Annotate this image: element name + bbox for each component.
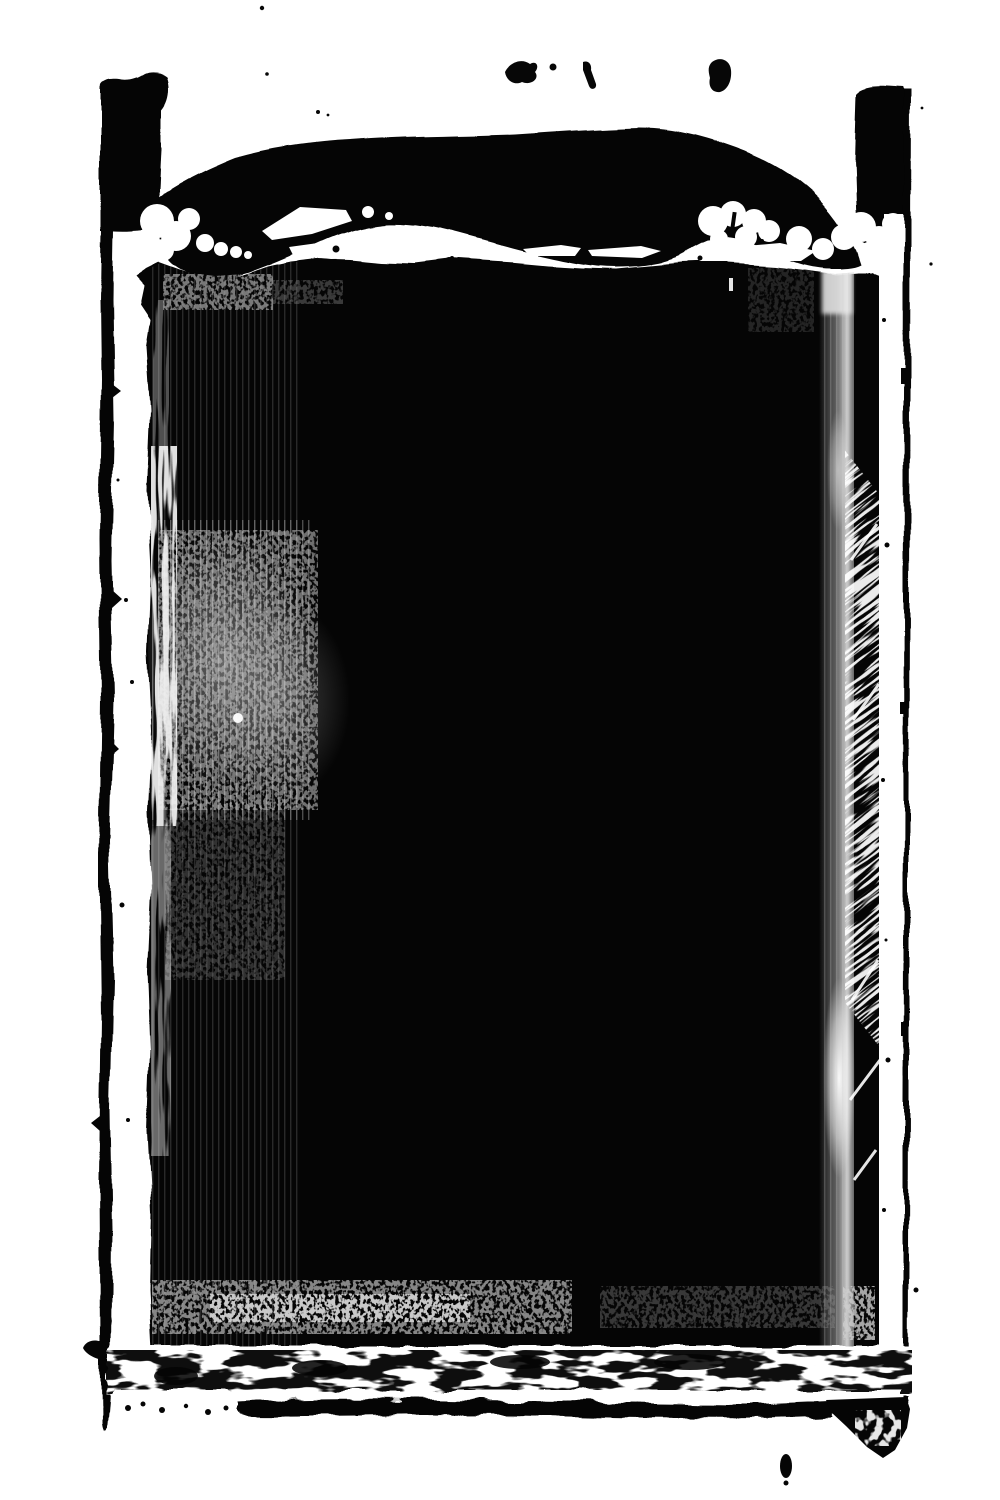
strip-fleck bbox=[126, 1118, 130, 1122]
ink-speck bbox=[550, 64, 557, 71]
right-margin-strip bbox=[879, 90, 911, 1413]
gap-blob bbox=[244, 251, 252, 259]
rule-dot bbox=[184, 1404, 188, 1408]
left-mottle-speckle bbox=[165, 800, 285, 980]
bottom-mottle-streak bbox=[600, 1286, 835, 1328]
strip-fleck bbox=[881, 778, 885, 782]
pinhole-dot bbox=[233, 713, 243, 723]
gap-blob bbox=[860, 242, 878, 260]
left-edge-ragged-streak bbox=[151, 826, 171, 1156]
strip-fleck bbox=[117, 479, 120, 482]
rule-dot bbox=[141, 1402, 146, 1407]
bottom-transition-band bbox=[106, 1346, 912, 1399]
top-left-smudge bbox=[273, 280, 343, 304]
gap-bite bbox=[735, 226, 757, 248]
dash-tail bbox=[784, 1481, 789, 1486]
hook-speckle bbox=[855, 1410, 901, 1446]
strip-fleck bbox=[885, 543, 890, 548]
ink-speck bbox=[929, 262, 932, 265]
rail-bump bbox=[901, 1022, 908, 1036]
dash-body bbox=[780, 1454, 792, 1478]
strip-fleck bbox=[120, 903, 125, 908]
white-slit bbox=[729, 278, 733, 291]
gap-bite bbox=[710, 230, 728, 248]
gap-blob bbox=[362, 206, 374, 218]
gap-blob bbox=[454, 249, 461, 256]
left-edge-ragged-streak bbox=[153, 300, 169, 450]
band-blob bbox=[654, 1354, 726, 1370]
right-white-strip bbox=[879, 252, 904, 1398]
gap-blob bbox=[812, 238, 834, 260]
rail-bump bbox=[901, 368, 908, 384]
bottom-mottle-streak bbox=[210, 1294, 470, 1322]
band-blob bbox=[292, 1360, 348, 1376]
gap-blob bbox=[484, 250, 493, 259]
left-edge-ragged-streak bbox=[151, 446, 177, 826]
top-left-smudge bbox=[163, 274, 273, 310]
strip-fleck bbox=[130, 680, 134, 684]
photogram-canvas bbox=[0, 0, 1000, 1500]
rail-bump bbox=[900, 702, 906, 714]
band-blob bbox=[490, 1355, 550, 1369]
margin-fleck bbox=[914, 1288, 919, 1293]
ink-dot bbox=[333, 246, 340, 253]
rule-dot bbox=[125, 1405, 131, 1411]
strip-fleck bbox=[882, 318, 886, 322]
strip-fleck bbox=[886, 1058, 891, 1063]
top-right-smudge bbox=[748, 268, 814, 332]
gap-blob bbox=[230, 246, 242, 258]
band-white-gap-line bbox=[112, 1390, 902, 1399]
strip-fleck bbox=[124, 598, 128, 602]
gap-blob bbox=[786, 226, 812, 252]
strip-fleck bbox=[885, 939, 888, 942]
ink-dot bbox=[760, 239, 764, 243]
rule-dot bbox=[205, 1409, 211, 1415]
gap-blob bbox=[178, 208, 200, 230]
gap-blob bbox=[443, 242, 453, 252]
gap-bite bbox=[758, 220, 780, 242]
ink-dot bbox=[698, 256, 703, 261]
band-blob bbox=[154, 1367, 198, 1385]
gap-blob bbox=[385, 212, 393, 220]
ink-speck bbox=[265, 72, 269, 76]
rule-dot bbox=[159, 1407, 165, 1413]
ink-speck bbox=[327, 114, 330, 117]
gap-blob bbox=[140, 229, 158, 247]
ink-speck bbox=[260, 6, 264, 10]
gap-blob bbox=[214, 242, 228, 256]
rule-dot bbox=[224, 1406, 229, 1411]
ink-dot bbox=[450, 256, 454, 260]
ink-speck bbox=[316, 110, 320, 114]
gap-blob bbox=[196, 234, 214, 252]
strip-fleck bbox=[882, 1208, 886, 1212]
ink-speck bbox=[921, 107, 924, 110]
bottom-mottle-patch bbox=[843, 1286, 875, 1340]
photogram-scan bbox=[0, 0, 1000, 1500]
